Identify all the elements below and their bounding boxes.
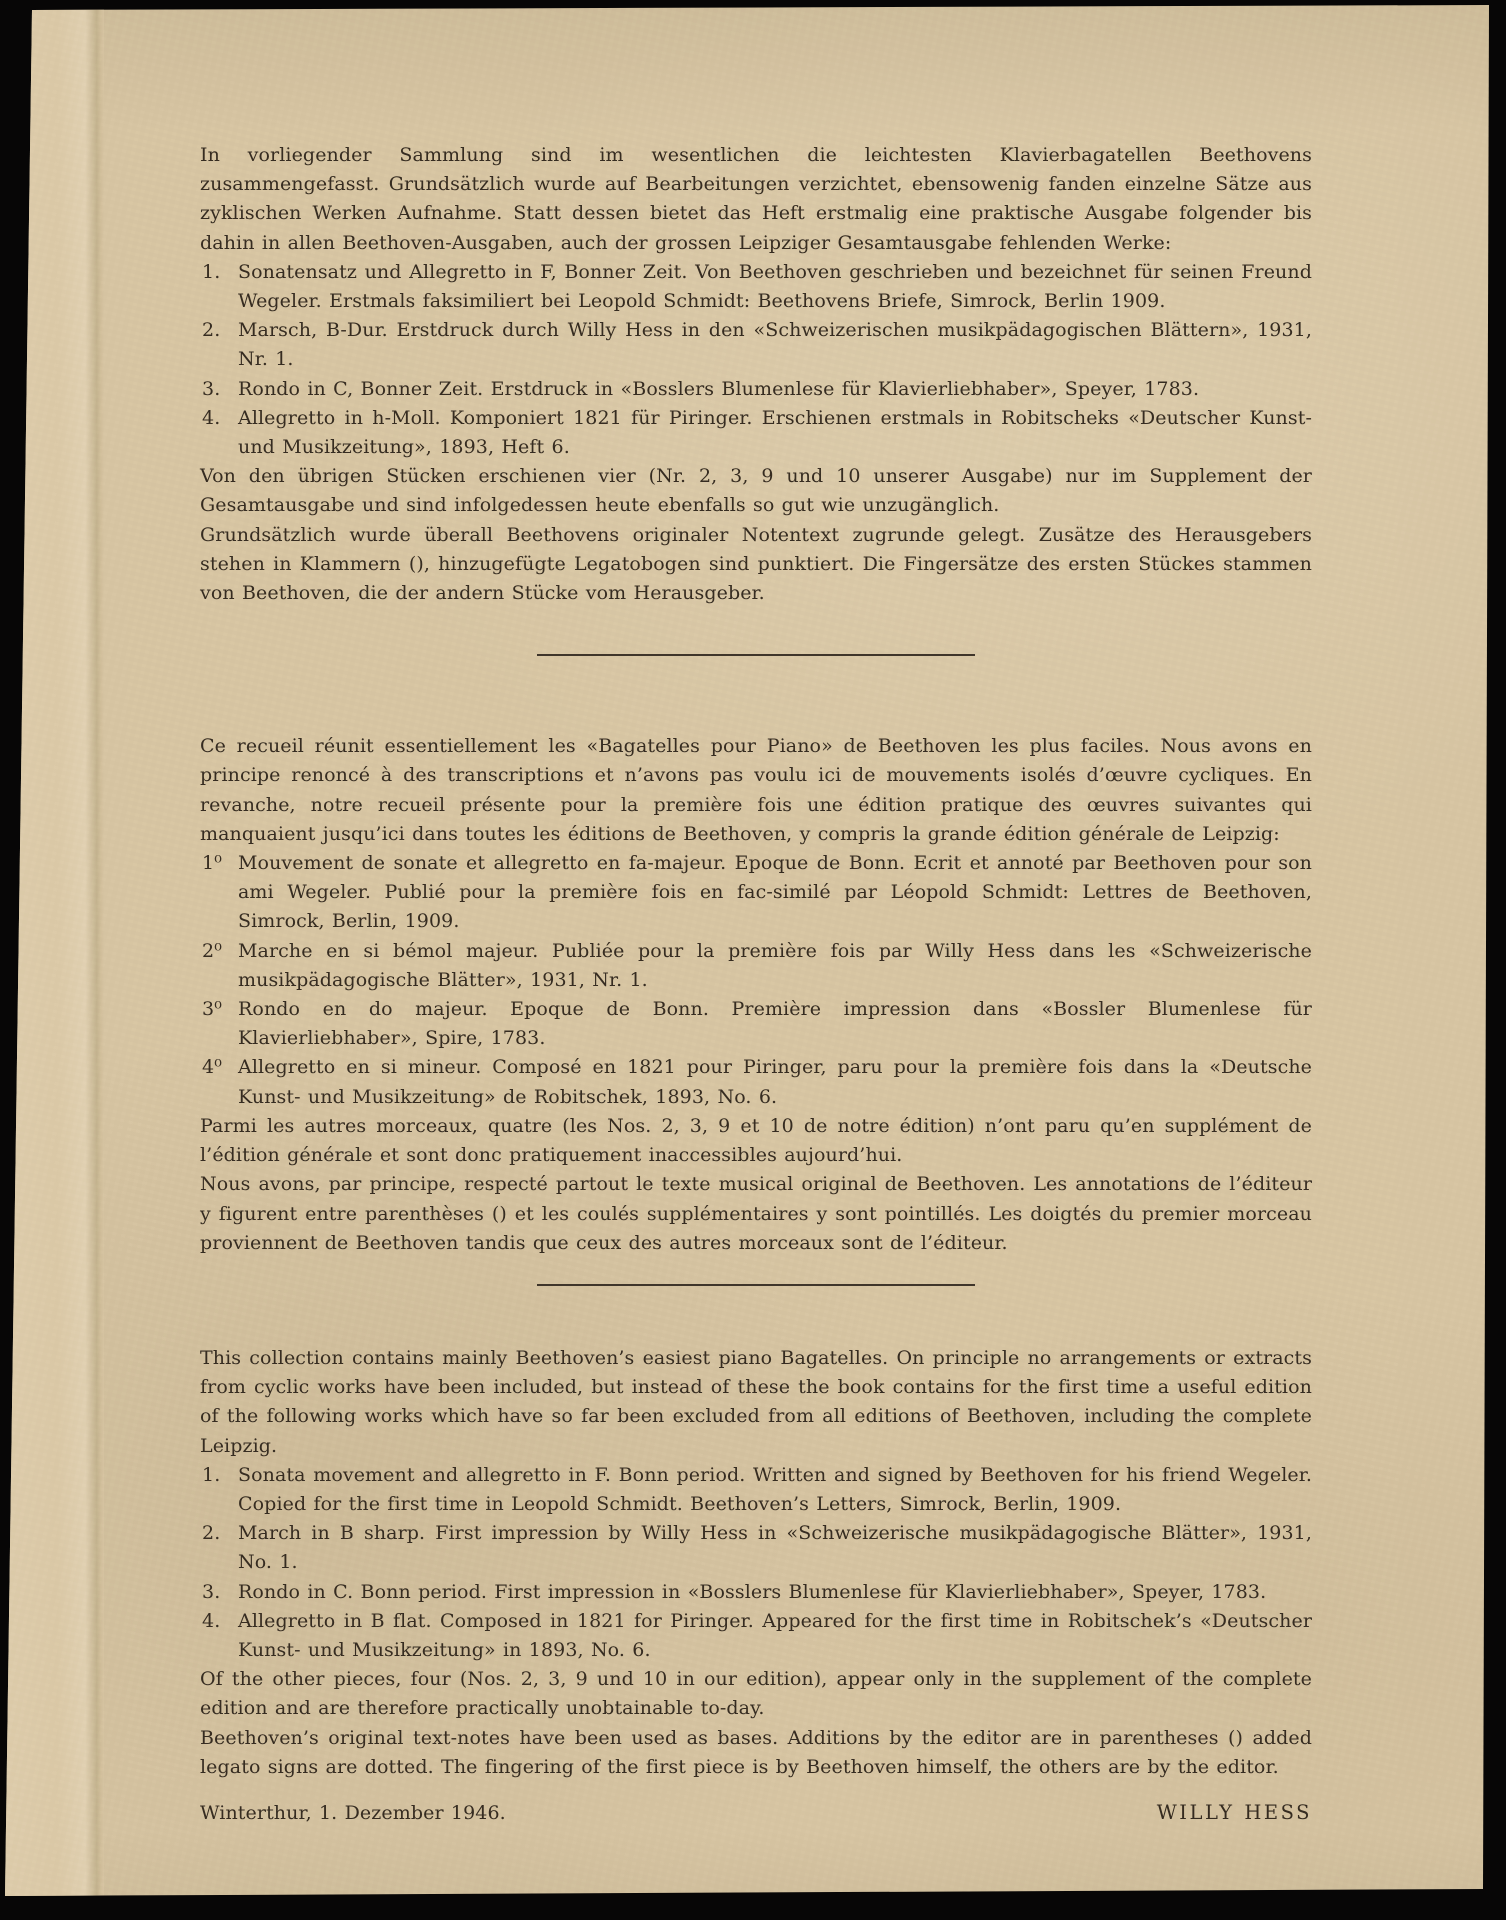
body-paragraph: Beethoven’s original text-notes have bee… bbox=[200, 1724, 1312, 1782]
item-marker: 4⁰ bbox=[202, 1053, 222, 1082]
item-marker: 2. bbox=[202, 1519, 220, 1548]
item-marker: 2. bbox=[202, 316, 220, 345]
paper-sheet: In vorliegender Sammlung sind im wesentl… bbox=[0, 0, 1506, 1920]
section-divider bbox=[537, 1284, 975, 1286]
editor-signature: WILLY HESS bbox=[1157, 1798, 1312, 1827]
intro-paragraph: Ce recueil réunit essentiellement les «B… bbox=[200, 732, 1312, 849]
body-paragraph: Parmi les autres morceaux, quatre (les N… bbox=[200, 1112, 1312, 1170]
item-marker: 3. bbox=[202, 375, 220, 404]
item-text: Rondo en do majeur. Epoque de Bonn. Prem… bbox=[238, 998, 1312, 1049]
list-item: 1. Sonatensatz und Allegretto in F, Bonn… bbox=[200, 258, 1312, 316]
list-item: 2. Marsch, B-Dur. Erstdruck durch Willy … bbox=[200, 316, 1312, 374]
list-item: 1. Sonata movement and allegretto in F. … bbox=[200, 1461, 1312, 1519]
item-text: Allegretto in h-Moll. Komponiert 1821 fü… bbox=[238, 407, 1312, 458]
deckle-edge-strip bbox=[0, 0, 104, 1920]
list-item: 4⁰ Allegretto en si mineur. Composé en 1… bbox=[200, 1053, 1312, 1111]
list-item: 1⁰ Mouvement de sonate et allegretto en … bbox=[200, 849, 1312, 937]
body-paragraph: Grundsätzlich wurde überall Beethovens o… bbox=[200, 521, 1312, 609]
section-divider bbox=[537, 654, 975, 656]
body-paragraph: Of the other pieces, four (Nos. 2, 3, 9 … bbox=[200, 1665, 1312, 1723]
text-block: In vorliegender Sammlung sind im wesentl… bbox=[200, 141, 1312, 1828]
item-marker: 4. bbox=[202, 404, 220, 433]
item-text: Rondo in C, Bonner Zeit. Erstdruck in «B… bbox=[238, 378, 1199, 400]
item-text: Rondo in C. Bonn period. First impressio… bbox=[238, 1581, 1266, 1603]
item-marker: 1. bbox=[202, 1461, 220, 1490]
item-marker: 3⁰ bbox=[202, 995, 222, 1024]
list-item: 3. Rondo in C, Bonner Zeit. Erstdruck in… bbox=[200, 375, 1312, 404]
page-footer: Winterthur, 1. Dezember 1946. WILLY HESS bbox=[200, 1798, 1312, 1828]
body-paragraph: Nous avons, par principe, respecté parto… bbox=[200, 1170, 1312, 1258]
section-german: In vorliegender Sammlung sind im wesentl… bbox=[200, 141, 1312, 608]
scanned-book-page: In vorliegender Sammlung sind im wesentl… bbox=[0, 0, 1506, 1920]
intro-paragraph: This collection contains mainly Beethove… bbox=[200, 1344, 1312, 1461]
item-text: Sonata movement and allegretto in F. Bon… bbox=[238, 1464, 1312, 1515]
item-marker: 3. bbox=[202, 1578, 220, 1607]
item-text: Mouvement de sonate et allegretto en fa-… bbox=[238, 852, 1312, 932]
place-date: Winterthur, 1. Dezember 1946. bbox=[200, 1799, 506, 1828]
section-french: Ce recueil réunit essentiellement les «B… bbox=[200, 732, 1312, 1258]
body-paragraph: Von den übrigen Stücken erschienen vier … bbox=[200, 462, 1312, 520]
item-text: March in B sharp. First impression by Wi… bbox=[238, 1522, 1312, 1573]
item-text: Marsch, B-Dur. Erstdruck durch Willy Hes… bbox=[238, 319, 1312, 370]
list-item: 4. Allegretto in h-Moll. Komponiert 1821… bbox=[200, 404, 1312, 462]
item-marker: 1. bbox=[202, 258, 220, 287]
item-text: Sonatensatz und Allegretto in F, Bonner … bbox=[238, 261, 1312, 312]
list-item: 2⁰ Marche en si bémol majeur. Publiée po… bbox=[200, 937, 1312, 995]
list-item: 4. Allegretto in B flat. Composed in 182… bbox=[200, 1607, 1312, 1665]
list-item: 3⁰ Rondo en do majeur. Epoque de Bonn. P… bbox=[200, 995, 1312, 1053]
list-item: 3. Rondo in C. Bonn period. First impres… bbox=[200, 1578, 1312, 1607]
list-item: 2. March in B sharp. First impression by… bbox=[200, 1519, 1312, 1577]
item-marker: 2⁰ bbox=[202, 937, 222, 966]
section-english: This collection contains mainly Beethove… bbox=[200, 1344, 1312, 1782]
item-text: Marche en si bémol majeur. Publiée pour … bbox=[238, 940, 1312, 991]
item-text: Allegretto en si mineur. Composé en 1821… bbox=[238, 1056, 1312, 1107]
intro-paragraph: In vorliegender Sammlung sind im wesentl… bbox=[200, 141, 1312, 258]
item-text: Allegretto in B flat. Composed in 1821 f… bbox=[238, 1610, 1312, 1661]
item-marker: 4. bbox=[202, 1607, 220, 1636]
item-marker: 1⁰ bbox=[202, 849, 222, 878]
